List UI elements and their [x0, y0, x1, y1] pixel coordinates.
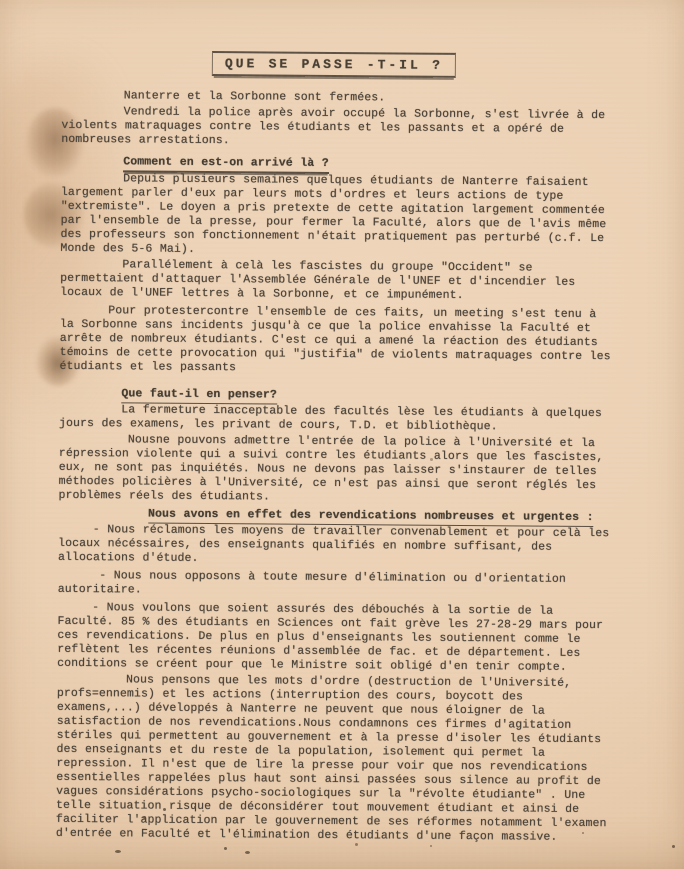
list-item: - Nous réclamons les moyens de travaille… — [58, 523, 610, 569]
list-item: - Nous voulons que soient assurés des dé… — [57, 601, 610, 675]
list-item: - Nous nous opposons à toute mesure d'él… — [58, 569, 610, 601]
paragraph: Parallélement à celà les fascistes du gr… — [60, 258, 612, 304]
paragraph: Vendredi la police après avoir occupé la… — [61, 105, 613, 151]
page-title: QUE SE PASSE -T-IL ? — [212, 51, 456, 78]
paragraph: Pour protestercontre l'ensemble de ces f… — [59, 304, 612, 378]
paragraph: Nous pensons que les mots d'ordre (destr… — [56, 673, 609, 845]
scanned-page: QUE SE PASSE -T-IL ? Nanterre et la Sorb… — [0, 0, 684, 869]
ink-speck — [672, 845, 675, 848]
paragraph: Nanterre et la Sorbonne sont fermées. — [62, 89, 614, 107]
section-heading: Comment en est-on arrivé là ? — [123, 155, 329, 174]
section-heading: Que faut-il en penser? — [121, 387, 277, 404]
paragraph: La fermeture inacceptable des facultés l… — [59, 403, 611, 435]
typewritten-text-block: QUE SE PASSE -T-IL ? Nanterre et la Sorb… — [56, 50, 614, 847]
ink-speck — [245, 851, 250, 854]
paragraph: Nousne pouvons admettre l'entrée de la p… — [58, 433, 611, 507]
ink-speck — [115, 850, 121, 853]
ink-speck — [224, 847, 227, 850]
paragraph: Depuis plusieurs semaines quelques étudi… — [60, 172, 613, 260]
